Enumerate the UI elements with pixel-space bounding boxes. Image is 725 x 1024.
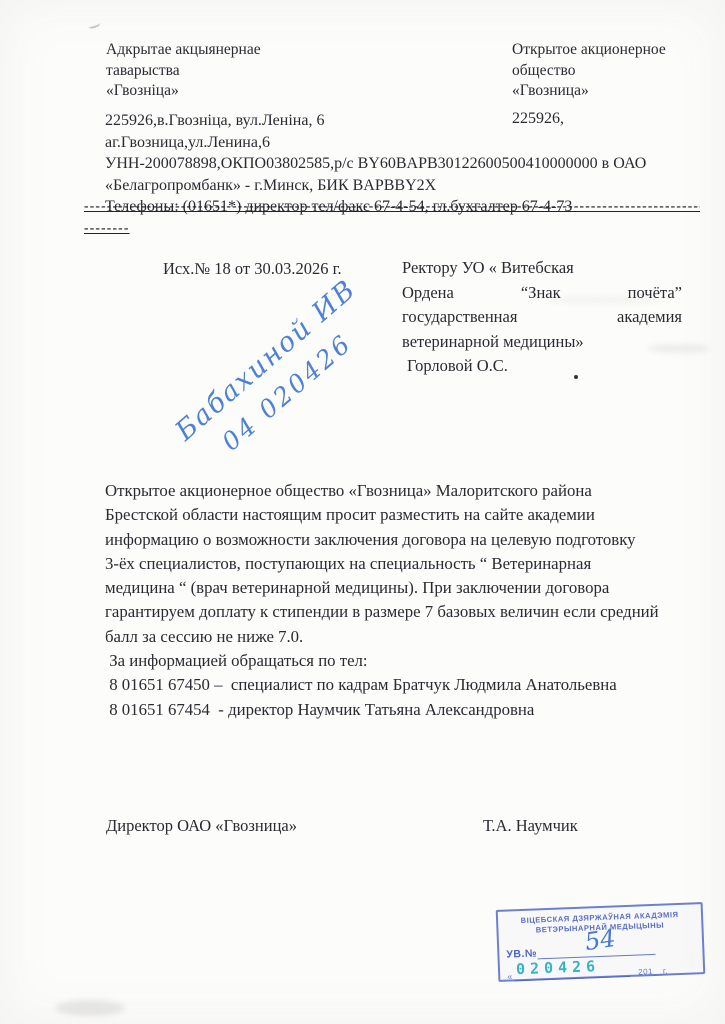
recipient-line: ветеринарной медицины» [402,330,682,355]
stamp-uv-number-handwritten: 54 [583,924,617,956]
separator-line-short: -------- [84,220,154,238]
postcode-right: 225926, [512,110,564,128]
letterhead-russian: Открытое акционерное общество «Гвозница» [512,40,702,102]
scan-smudge [55,1000,125,1016]
body-paragraph: Открытое акционерное общество «Гвозница»… [105,479,720,722]
outgoing-reference-line: Исх.№ 18 от 30.03.2026 г. [163,259,342,279]
letterhead-belarusian: Адкрытае акцыянернае таварыства «Гвозніц… [106,40,346,102]
handwritten-annotation: Бабахиной ИВ 04 020426 [170,253,411,475]
recipient-line: Ректору УО « Витебская [402,256,682,281]
recipient-line: Ордена “Знак почёта” [402,281,682,306]
ink-dot [574,375,578,379]
signature-title: Директор ОАО «Гвозница» [106,816,297,836]
stamp-year-suffix: 201__г. [638,966,668,976]
stamp-date-digits: 020426 [516,957,601,978]
stamp-date-line: 020426 [514,958,631,981]
recipient-name: Горловой О.С. [402,354,682,379]
signature-name: Т.А. Наумчик [483,816,578,836]
registration-stamp: ВІЦЕБСКАЯ ДЗЯРЖАЎНАЯ АКАДЭМІЯ ВЕТЭРЫНАРН… [496,902,706,982]
stamp-open-quote: « [507,971,512,981]
pencil-mark [87,18,101,29]
scanned-letter-page: Адкрытае акцыянернае таварыства «Гвозніц… [0,0,725,1024]
stamp-date-row: « 020426 201__г. [507,956,697,981]
recipient-block: Ректору УО « Витебская Ордена “Знак почё… [402,256,682,379]
separator-line-full: ----------------------------------------… [84,198,700,216]
recipient-line: государственная академия [402,305,682,330]
